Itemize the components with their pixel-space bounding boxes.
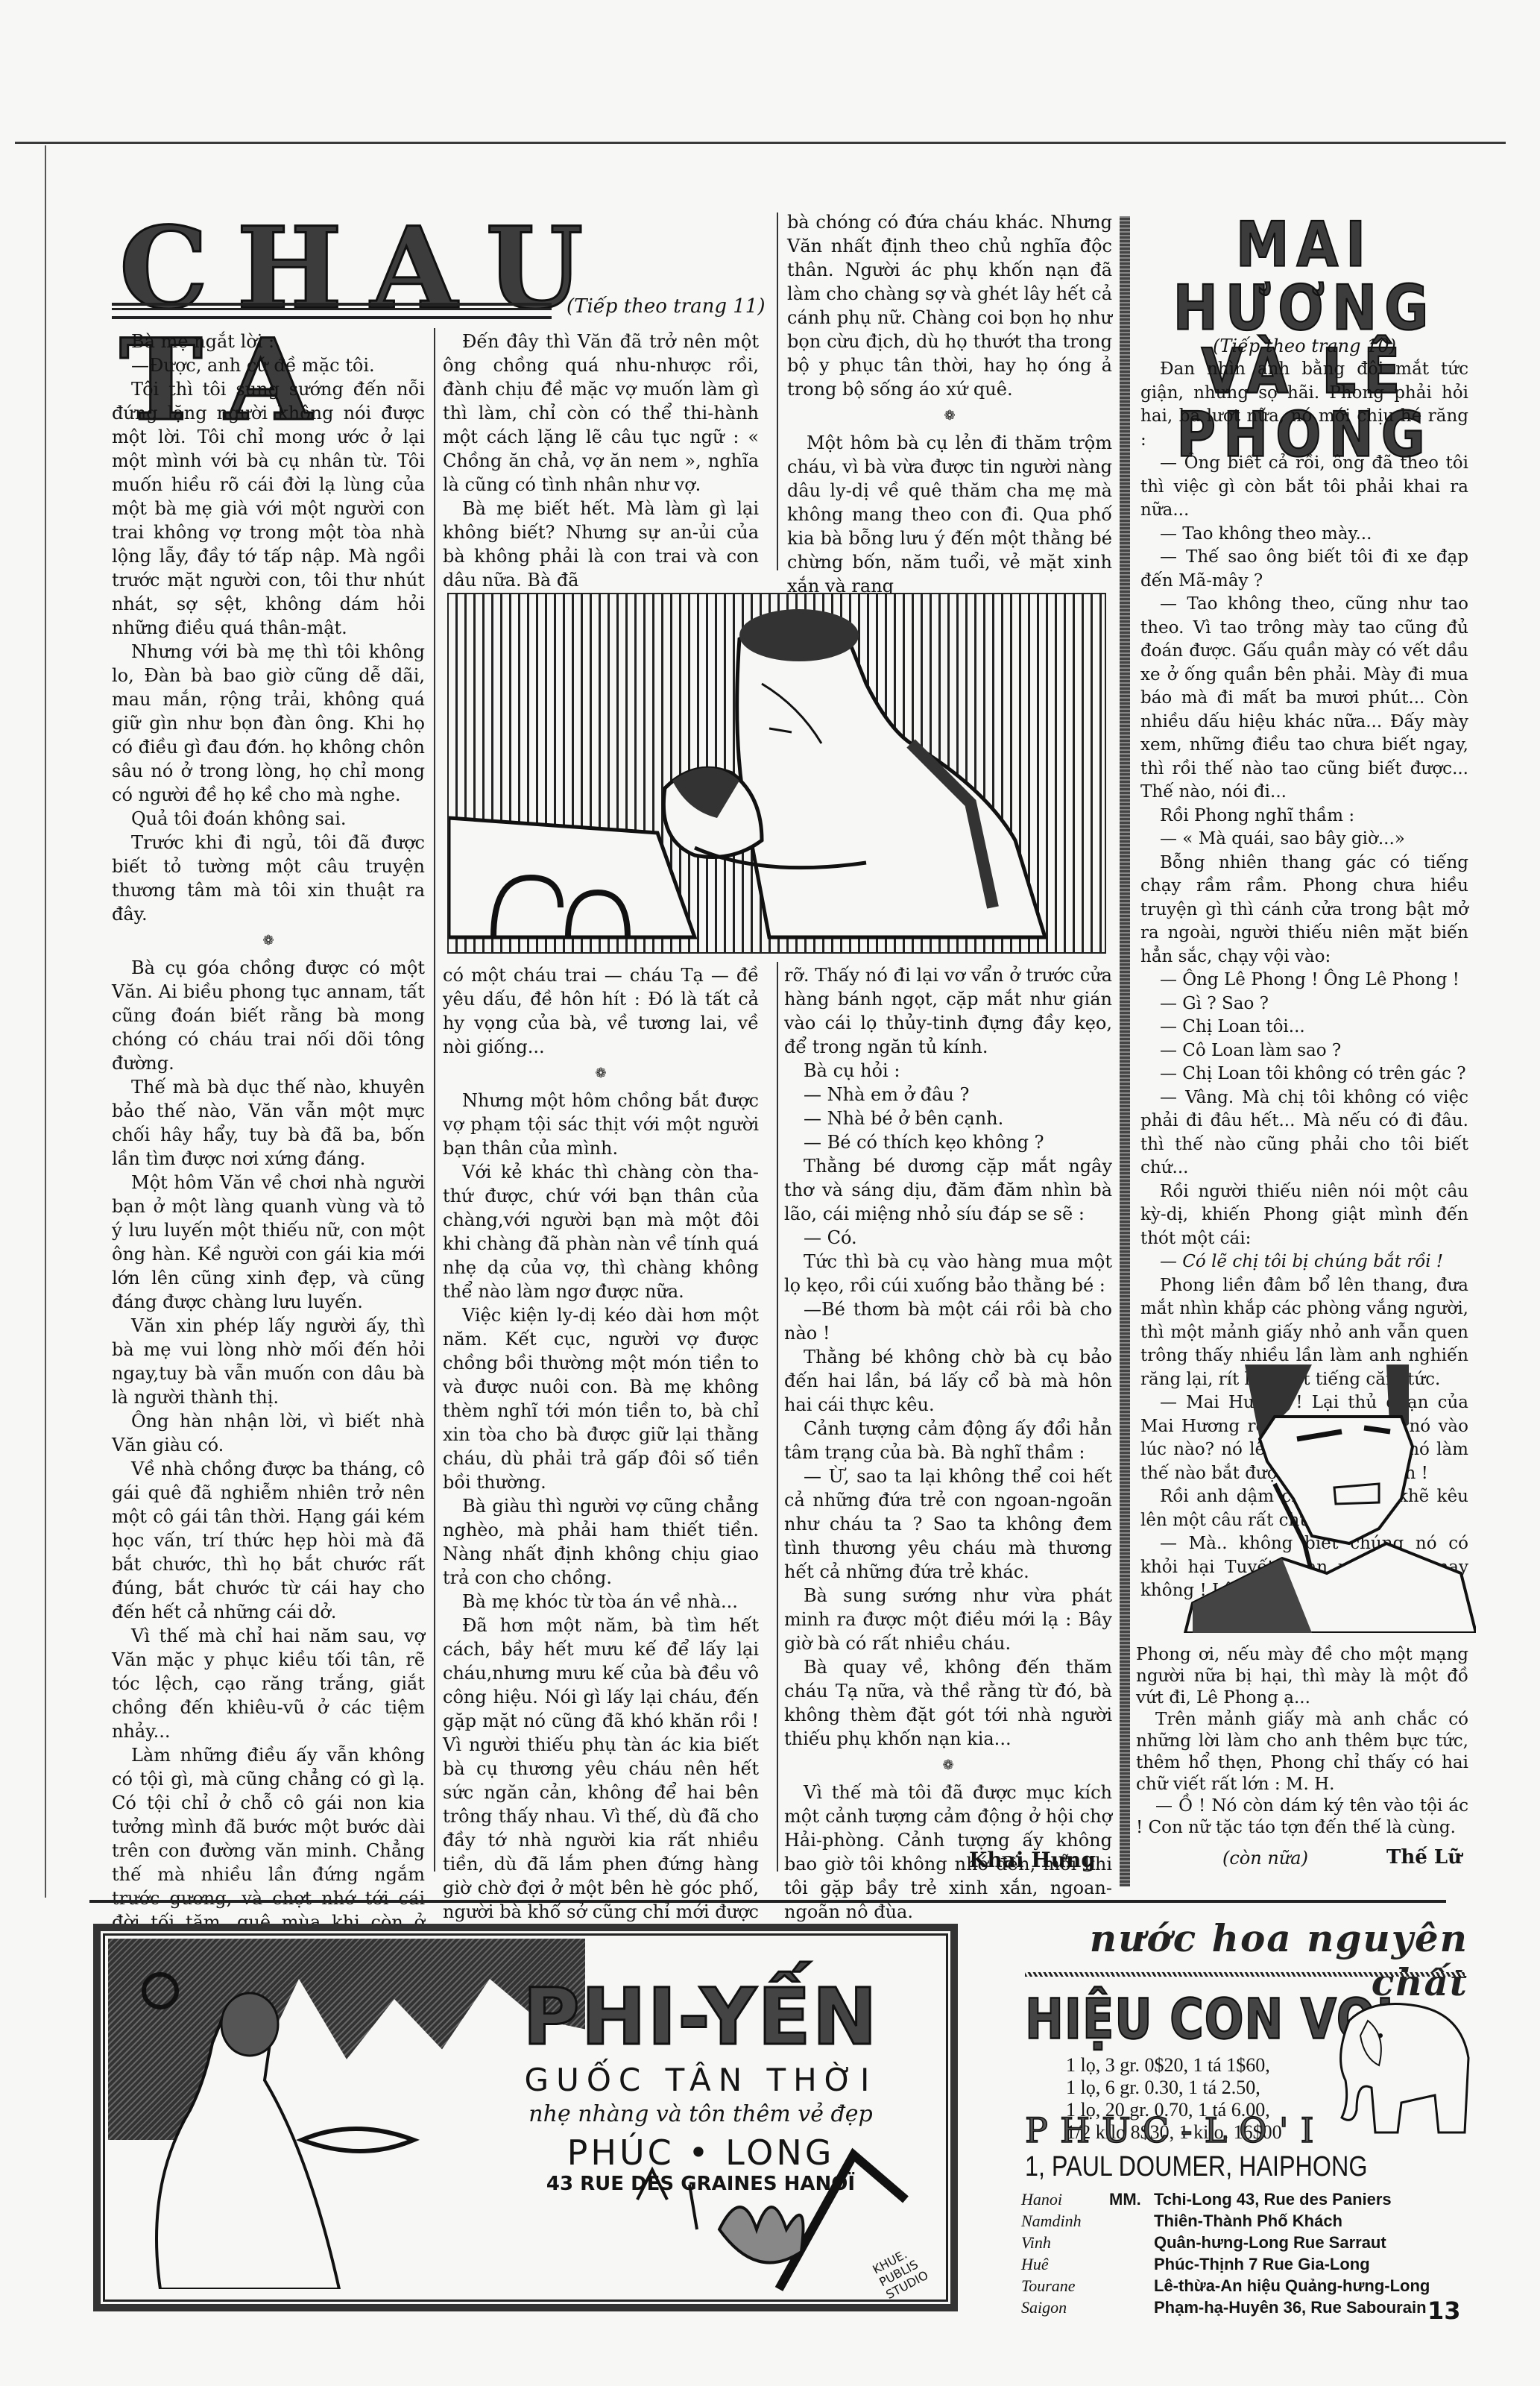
ad-agents-list: HanoiMM.Tchi-Long 43, Rue des Paniers Na…	[1021, 2188, 1430, 2318]
paragraph: bà chóng có đứa cháu khác. Nhưng Văn nhấ…	[787, 210, 1112, 401]
paragraph: — Ừ, sao ta lại không thể coi hết cả nhữ…	[784, 1464, 1112, 1584]
paragraph: Với kẻ khác thì chàng còn tha-thứ được, …	[443, 1160, 759, 1303]
paragraph: Nhưng một hôm chồng bắt được vợ phạm tội…	[443, 1089, 759, 1160]
paragraph: — Ồ ! Nó còn dám ký tên vào tội ác ! Con…	[1136, 1795, 1468, 1839]
agent-row: NamdinhThiên-Thành Phố Khách	[1021, 2210, 1430, 2232]
author-khai-hung: Khai Hưng	[969, 1848, 1096, 1872]
paragraph: — Nhà bé ở bên cạnh.	[784, 1107, 1112, 1130]
title-line-1: MAI HƯƠNG	[1140, 213, 1468, 339]
story1-column-3-bottom: rỡ. Thấy nó đi lại vơ vẩn ở trước cửa hà…	[784, 963, 1112, 1924]
story2-text-after-portrait: Phong ơi, nếu mày đề cho một mạng người …	[1136, 1644, 1468, 1839]
paragraph: có một cháu trai — cháu Tạ — đề yêu dấu,…	[443, 963, 759, 1059]
paragraph: Đã hơn một năm, bà tìm hết cách, bầy hết…	[443, 1614, 759, 1971]
grandmother-child-icon	[449, 594, 1105, 952]
paragraph: Trước khi đi ngủ, tôi đã được biết tỏ tư…	[112, 831, 425, 926]
elephant-icon	[1327, 1991, 1476, 2140]
paragraph: — Tao không theo mày...	[1140, 523, 1468, 547]
paragraph: Bà cụ góa chồng được có một Văn. Ai biều…	[112, 956, 425, 1075]
story1-column-2-bottom: có một cháu trai — cháu Tạ — đề yêu dấu,…	[443, 963, 759, 2019]
agent-name: Lê-thừa-An hiệu Quảng-hưng-Long	[1154, 2275, 1430, 2297]
to-be-continued: (còn nữa)	[1222, 1848, 1308, 1869]
page-number: 13	[1427, 2297, 1461, 2325]
story1-column-1: Bà mẹ ngắt lời :—Được, anh cứ đề mặc tôi…	[112, 330, 425, 2077]
paragraph: Một hôm Văn về chơi nhà người bạn ở một …	[112, 1171, 425, 1314]
paragraph: — Có lẽ chị tôi bị chúng bắt rồi !	[1140, 1250, 1468, 1274]
ad-phi-yen: PHI-YẾN GUỐC TÂN THỜI nhẹ nhàng và tôn t…	[93, 1924, 958, 2311]
section-ornament-icon: ❁	[112, 929, 425, 953]
paragraph: — Chị Loan tôi...	[1140, 1016, 1468, 1039]
agent-city: Tourane	[1021, 2275, 1109, 2297]
agent-prefix	[1109, 2232, 1154, 2253]
paragraph: rỡ. Thấy nó đi lại vơ vẩn ở trước cửa hà…	[784, 963, 1112, 1059]
agent-city: Saigon	[1021, 2297, 1109, 2318]
woman-figure-icon	[116, 1961, 473, 2289]
paragraph: Tức thì bà cụ vào hàng mua một lọ kẹo, r…	[784, 1250, 1112, 1297]
section-ornament-icon: ❁	[784, 1754, 1112, 1778]
agent-row: VinhQuân-hưng-Long Rue Sarraut	[1021, 2232, 1430, 2253]
column-divider	[434, 328, 435, 1872]
paragraph: Quả tôi đoán không sai.	[112, 807, 425, 831]
agent-row: HanoiMM.Tchi-Long 43, Rue des Paniers	[1021, 2188, 1430, 2210]
paragraph: Thằng bé không chờ bà cụ bảo đến hai lần…	[784, 1345, 1112, 1417]
paragraph: Văn xin phép lấy người ấy, thì bà mẹ vui…	[112, 1314, 425, 1409]
paragraph: Rồi Phong nghĩ thầm :	[1140, 805, 1468, 828]
paragraph: — Cô Loan làm sao ?	[1140, 1039, 1468, 1063]
paragraph: Nhưng với bà mẹ thì tôi không lo, Đàn bà…	[112, 640, 425, 807]
ad-company-address: 1, PAUL DOUMER, HAIPHONG	[1025, 2151, 1367, 2183]
column-divider	[777, 213, 778, 570]
paragraph: — Tao không theo, cũng như tao theo. Vì …	[1140, 593, 1468, 805]
paragraph: Thế mà bà dục thế nào, khuyên bảo thế nà…	[112, 1075, 425, 1171]
paragraph: Phong ơi, nếu mày đề cho một mạng người …	[1136, 1644, 1468, 1709]
ads-top-rule	[89, 1900, 1446, 1903]
top-rule	[15, 142, 1506, 144]
agent-row: HuêPhúc-Thịnh 7 Rue Gia-Long	[1021, 2253, 1430, 2275]
agent-prefix	[1109, 2275, 1154, 2297]
agent-city: Hanoi	[1021, 2188, 1109, 2210]
paragraph: Bà giàu thì người vợ cũng chẳng nghèo, m…	[443, 1494, 759, 1590]
price-row: 1 lọ, 3 gr. 0$20, 1 tá 1$60,	[1066, 2054, 1282, 2077]
section-ornament-icon: ❁	[443, 1062, 759, 1086]
paragraph: — Nhà em ở đâu ?	[784, 1083, 1112, 1107]
paragraph: Bà mẹ khóc từ tòa án về nhà...	[443, 1590, 759, 1614]
story1-column-3-top: bà chóng có đứa cháu khác. Nhưng Văn nhấ…	[787, 210, 1112, 598]
paragraph: Rồi người thiếu niên nói một câu kỳ-dị, …	[1140, 1180, 1468, 1251]
continued-from-note: (Tiếp theo trang 11)	[567, 295, 765, 318]
paragraph: Đan nhìn anh bằng đôi mắt tức giận, nhưn…	[1140, 358, 1468, 452]
paragraph: — Có.	[784, 1226, 1112, 1250]
paragraph: — Gì ? Sao ?	[1140, 992, 1468, 1016]
paragraph: — Bé có thích kẹo không ?	[784, 1130, 1112, 1154]
paragraph: — Thế sao ông biết tôi đi xe đạp đến Mã-…	[1140, 546, 1468, 593]
paragraph: — Vâng. Mà chị tôi không có việc phải đi…	[1140, 1086, 1468, 1180]
agent-name: Thiên-Thành Phố Khách	[1154, 2210, 1342, 2232]
paragraph: Bà quay về, không đến thăm cháu Tạ nữa, …	[784, 1655, 1112, 1751]
paragraph: Đến đây thì Văn đã trở nên một ông chồng…	[443, 330, 759, 497]
agent-row: SaigonPhạm-hạ-Huyên 36, Rue Sabourain	[1021, 2297, 1430, 2318]
paragraph: — Ông biết cả rồi, ông đã theo tôi thì v…	[1140, 452, 1468, 523]
agent-name: Phúc-Thịnh 7 Rue Gia-Long	[1154, 2253, 1370, 2275]
le-phong-portrait-icon	[1163, 1350, 1476, 1633]
story1-illustration	[447, 593, 1106, 954]
left-margin-rule	[45, 145, 46, 1898]
paragraph: Bà mẹ ngắt lời :	[112, 330, 425, 353]
paragraph: — « Mà quái, sao bây giờ...»	[1140, 828, 1468, 852]
rope-divider	[1025, 1972, 1465, 1977]
agent-prefix: MM.	[1109, 2188, 1154, 2210]
story1-column-2-top: Đến đây thì Văn đã trở nên một ông chồng…	[443, 330, 759, 592]
agent-prefix	[1109, 2210, 1154, 2232]
agent-city: Vinh	[1021, 2232, 1109, 2253]
agent-name: Phạm-hạ-Huyên 36, Rue Sabourain	[1154, 2297, 1427, 2318]
price-row: 1 lọ, 6 gr. 0.30, 1 tá 2.50,	[1066, 2077, 1282, 2099]
agent-prefix	[1109, 2253, 1154, 2275]
paragraph: Cảnh tượng cảm động ấy đổi hẳn tâm trạng…	[784, 1417, 1112, 1464]
paragraph: Một hôm bà cụ lẻn đi thăm trộm cháu, vì …	[787, 431, 1112, 598]
paragraph: —Bé thơm bà một cái rồi bà cho nào !	[784, 1297, 1112, 1345]
paragraph: Việc kiện ly-dị kéo dài hơn một năm. Kết…	[443, 1303, 759, 1494]
paragraph: Về nhà chồng được ba tháng, cô gái quê đ…	[112, 1457, 425, 1624]
ad-product: GUỐC TÂN THỜI	[507, 2062, 894, 2098]
agent-city: Huê	[1021, 2253, 1109, 2275]
paragraph: Tôi thì tôi sung sướng đến nỗi đứng lặng…	[112, 377, 425, 640]
paragraph: Trên mảnh giấy mà anh chắc có những lời …	[1136, 1709, 1468, 1795]
column-divider	[777, 962, 778, 1872]
paragraph: Ông hàn nhận lời, vì biết nhà Văn giàu c…	[112, 1409, 425, 1457]
agent-name: Quân-hưng-Long Rue Sarraut	[1154, 2232, 1386, 2253]
agent-city: Namdinh	[1021, 2210, 1109, 2232]
author-the-lu: Thế Lữ	[1386, 1846, 1462, 1869]
continued-from-note: (Tiếp theo trang 10)	[1140, 336, 1468, 356]
title-underline	[112, 303, 552, 319]
ad-brand-name: PHI-YẾN	[507, 1976, 894, 2058]
paragraph: — Chị Loan tôi không có trên gác ?	[1140, 1063, 1468, 1086]
section-ornament-icon: ❁	[787, 404, 1112, 428]
ad-company-name: PHUC-LO'I	[1025, 2110, 1326, 2150]
paragraph: Vì thế mà chỉ hai năm sau, vợ Văn mặc y …	[112, 1624, 425, 1743]
paragraph: Bà sung sướng như vừa phát minh ra được …	[784, 1584, 1112, 1655]
paragraph: — Ông Lê Phong ! Ông Lê Phong !	[1140, 969, 1468, 992]
agent-name: Tchi-Long 43, Rue des Paniers	[1154, 2188, 1392, 2210]
story2-side-bar	[1120, 216, 1130, 1886]
paragraph: Bà cụ hỏi :	[784, 1059, 1112, 1083]
agent-row: TouraneLê-thừa-An hiệu Quảng-hưng-Long	[1021, 2275, 1430, 2297]
paragraph: Thằng bé dương cặp mắt ngây thơ và sáng …	[784, 1154, 1112, 1226]
paragraph: —Được, anh cứ đề mặc tôi.	[112, 353, 425, 377]
agent-prefix	[1109, 2297, 1154, 2318]
paragraph: Bỗng nhiên thang gác có tiếng chạy rầm r…	[1140, 852, 1468, 969]
paragraph: Bà mẹ biết hết. Mà làm gì lại không biết…	[443, 497, 759, 592]
